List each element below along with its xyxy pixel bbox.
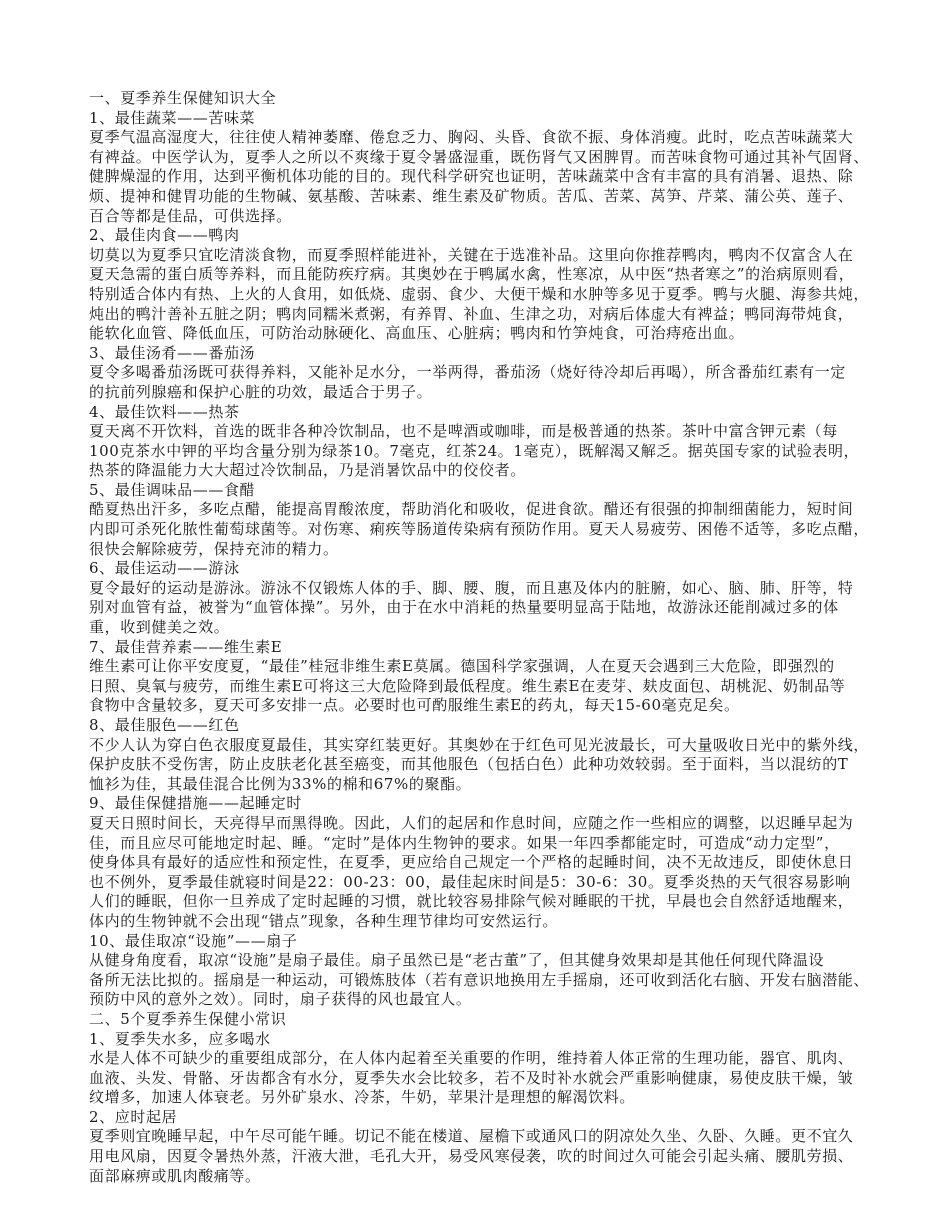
paragraph-line: 使身体具有最好的适应性和预定性，在夏季，更应给自己规定一个严格的起睡时间，决不无… xyxy=(89,853,879,873)
paragraph-line: 酷夏热出汗多，多吃点醋，能提高胃酸浓度，帮助消化和吸收，促进食欲。醋还有很强的抑… xyxy=(89,500,879,520)
paragraph-line: 百合等都是佳品，可供选择。 xyxy=(89,207,879,227)
paragraph-line: 能软化血管、降低血压，可防治动脉硬化、高血压、心脏病；鸭肉和竹笋炖食，可治痔疮出… xyxy=(89,324,879,344)
paragraph-line: 食物中含量较多，夏天可多安排一点。必要时也可酌服维生素E的药丸，每天15-60毫… xyxy=(89,696,879,716)
paragraph-line: 也不例外，夏季最佳就寝时间是22：00-23：00，最佳起床时间是5：30-6：… xyxy=(89,873,879,893)
paragraph-line: 100克茶水中钾的平均含量分别为绿茶10。7毫克，红茶24。1毫克），既解渴又解… xyxy=(89,442,879,462)
paragraph-line: 的抗前列腺癌和保护心脏的功效，最适合于男子。 xyxy=(89,383,879,403)
paragraph: 夏天日照时间长，天亮得早而黑得晚。因此，人们的起居和作息时间，应随之作一些相应的… xyxy=(89,814,879,932)
paragraph-line: 切莫以为夏季只宜吃清淡食物，而夏季照样能进补，关键在于选准补品。这里向你推荐鸭肉… xyxy=(89,246,879,266)
section-heading: 2、最佳肉食——鸭肉 xyxy=(89,226,879,246)
section-heading: 4、最佳饮料——热茶 xyxy=(89,403,879,423)
paragraph-line: 备所无法比拟的。摇扇是一种运动，可锻炼肢体（若有意识地换用左手摇扇，还可收到活化… xyxy=(89,971,879,991)
paragraph: 夏令多喝番茄汤既可获得养料，又能补足水分，一举两得，番茄汤（烧好待冷却后再喝），… xyxy=(89,363,879,402)
paragraph-line: 热茶的降温能力大大超过冷饮制品，乃是消暑饮品中的佼佼者。 xyxy=(89,461,879,481)
paragraph-line: 有裨益。中医学认为，夏季人之所以不爽缘于夏令暑盛湿重，既伤肾气又困脾胃。而苦味食… xyxy=(89,148,879,168)
paragraph-line: 内即可杀死化脓性葡萄球菌等。对伤寒、痢疾等肠道传染病有预防作用。夏天人易疲劳、困… xyxy=(89,520,879,540)
heading-text: 9、最佳保健措施——起睡定时 xyxy=(89,794,879,814)
paragraph-line: 水是人体不可缺少的重要组成部分，在人体内起着至关重要的作明，维持着人体正常的生理… xyxy=(89,1049,879,1069)
section-heading: 5、最佳调味品——食醋 xyxy=(89,481,879,501)
heading-text: 7、最佳营养素——维生素E xyxy=(89,638,879,658)
paragraph-line: 人们的睡眠，但你一旦养成了定时起睡的习惯，就比较容易排除气候对睡眠的干扰，早晨也… xyxy=(89,892,879,912)
paragraph-line: 特别适合体内有热、上火的人食用，如低烧、虚弱、食少、大便干燥和水肿等多见于夏季。… xyxy=(89,285,879,305)
paragraph: 维生素可让你平安度夏，“最佳”桂冠非维生素E莫属。德国科学家强调，人在夏天会遇到… xyxy=(89,657,879,716)
paragraph-line: 体内的生物钟就不会出现“错点”现象，各种生理节律均可安然运行。 xyxy=(89,912,879,932)
paragraph: 酷夏热出汗多，多吃点醋，能提高胃酸浓度，帮助消化和吸收，促进食欲。醋还有很强的抑… xyxy=(89,500,879,559)
paragraph-line: 预防中风的意外之效）。同时，扇子获得的风也最宜人。 xyxy=(89,990,879,1010)
document-page: 一、夏季养生保健知识大全1、最佳蔬菜——苦味菜夏季气温高湿度大，往往使人精神萎靡… xyxy=(89,89,879,1186)
paragraph-line: 夏季则宜晚睡早起，中午尽可能午睡。切记不能在楼道、屋檐下或通风口的阴凉处久坐、久… xyxy=(89,1127,879,1147)
section-heading: 一、夏季养生保健知识大全 xyxy=(89,89,879,109)
paragraph-line: 用电风扇，因夏令暑热外蒸，汗液大泄，毛孔大开，易受风寒侵袭，吹的时间过久可能会引… xyxy=(89,1147,879,1167)
section-heading: 3、最佳汤肴——番茄汤 xyxy=(89,344,879,364)
paragraph-line: 夏令最好的运动是游泳。游泳不仅锻炼人体的手、脚、腰、腹，而且惠及体内的脏腑，如心… xyxy=(89,579,879,599)
heading-text: 2、最佳肉食——鸭肉 xyxy=(89,226,879,246)
paragraph-line: 别对血管有益，被誉为“血管体操”。另外，由于在水中消耗的热量要明显高于陆地，故游… xyxy=(89,598,879,618)
paragraph-line: 纹增多，加速人体衰老。另外矿泉水、冷茶，牛奶，苹果汁是理想的解渴饮料。 xyxy=(89,1088,879,1108)
section-heading: 1、夏季失水多，应多喝水 xyxy=(89,1030,879,1050)
section-heading: 2、应时起居 xyxy=(89,1108,879,1128)
paragraph-line: 夏天离不开饮料，首选的既非各种冷饮制品，也不是啤酒或咖啡，而是极普通的热茶。茶叶… xyxy=(89,422,879,442)
heading-text: 二、5个夏季养生保健小常识 xyxy=(89,1010,879,1030)
paragraph: 夏天离不开饮料，首选的既非各种冷饮制品，也不是啤酒或咖啡，而是极普通的热茶。茶叶… xyxy=(89,422,879,481)
paragraph: 从健身角度看，取凉“设施”是扇子最佳。扇子虽然已是“老古董”了，但其健身效果却是… xyxy=(89,951,879,1010)
paragraph-line: 恤衫为佳，其最佳混合比例为33%的棉和67%的聚酯。 xyxy=(89,775,879,795)
paragraph: 夏季则宜晚睡早起，中午尽可能午睡。切记不能在楼道、屋檐下或通风口的阴凉处久坐、久… xyxy=(89,1127,879,1186)
section-heading: 6、最佳运动——游泳 xyxy=(89,559,879,579)
paragraph-line: 日照、臭氧与疲劳，而维生素E可将这三大危险降到最低程度。维生素E在麦芽、麸皮面包… xyxy=(89,677,879,697)
paragraph-line: 炖出的鸭汁善补五脏之阴；鸭肉同糯米煮粥，有养胃、补血、生津之功，对病后体虚大有裨… xyxy=(89,305,879,325)
paragraph-line: 维生素可让你平安度夏，“最佳”桂冠非维生素E莫属。德国科学家强调，人在夏天会遇到… xyxy=(89,657,879,677)
section-heading: 8、最佳服色——红色 xyxy=(89,716,879,736)
heading-text: 1、夏季失水多，应多喝水 xyxy=(89,1030,879,1050)
paragraph-line: 保护皮肤不受伤害，防止皮肤老化甚至癌变，而其他服色（包括白色）此种功效较弱。至于… xyxy=(89,755,879,775)
paragraph-line: 夏天急需的蛋白质等养料，而且能防疾疗病。其奥妙在于鸭属水禽，性寒凉，从中医“热者… xyxy=(89,265,879,285)
section-heading: 1、最佳蔬菜——苦味菜 xyxy=(89,109,879,129)
heading-text: 1、最佳蔬菜——苦味菜 xyxy=(89,109,879,129)
heading-text: 10、最佳取凉“设施”——扇子 xyxy=(89,932,879,952)
paragraph-line: 不少人认为穿白色衣服度夏最佳，其实穿红装更好。其奥妙在于红色可见光波最长，可大量… xyxy=(89,736,879,756)
heading-text: 2、应时起居 xyxy=(89,1108,879,1128)
heading-text: 8、最佳服色——红色 xyxy=(89,716,879,736)
heading-text: 5、最佳调味品——食醋 xyxy=(89,481,879,501)
paragraph: 夏季气温高湿度大，往往使人精神萎靡、倦怠乏力、胸闷、头昏、食欲不振、身体消瘦。此… xyxy=(89,128,879,226)
paragraph-line: 重，收到健美之效。 xyxy=(89,618,879,638)
paragraph-line: 夏令多喝番茄汤既可获得养料，又能补足水分，一举两得，番茄汤（烧好待冷却后再喝），… xyxy=(89,363,879,383)
section-heading: 9、最佳保健措施——起睡定时 xyxy=(89,794,879,814)
section-heading: 10、最佳取凉“设施”——扇子 xyxy=(89,932,879,952)
section-heading: 二、5个夏季养生保健小常识 xyxy=(89,1010,879,1030)
paragraph-line: 烦、提神和健胃功能的生物碱、氨基酸、苦味素、维生素及矿物质。苦瓜、苦菜、莴笋、芹… xyxy=(89,187,879,207)
paragraph-line: 夏天日照时间长，天亮得早而黑得晚。因此，人们的起居和作息时间，应随之作一些相应的… xyxy=(89,814,879,834)
heading-text: 6、最佳运动——游泳 xyxy=(89,559,879,579)
paragraph-line: 从健身角度看，取凉“设施”是扇子最佳。扇子虽然已是“老古董”了，但其健身效果却是… xyxy=(89,951,879,971)
paragraph-line: 健脾燥湿的作用，达到平衡机体功能的目的。现代科学研究也证明，苦味蔬菜中含有丰富的… xyxy=(89,167,879,187)
paragraph-line: 佳，而且应尽可能地定时起、睡。“定时”是体内生物钟的要求。如果一年四季都能定时，… xyxy=(89,834,879,854)
paragraph-line: 很快会解除疲劳，保持充沛的精力。 xyxy=(89,540,879,560)
paragraph: 切莫以为夏季只宜吃清淡食物，而夏季照样能进补，关键在于选准补品。这里向你推荐鸭肉… xyxy=(89,246,879,344)
paragraph-line: 血液、头发、骨骼、牙齿都含有水分，夏季失水会比较多，若不及时补水就会严重影响健康… xyxy=(89,1069,879,1089)
paragraph: 夏令最好的运动是游泳。游泳不仅锻炼人体的手、脚、腰、腹，而且惠及体内的脏腑，如心… xyxy=(89,579,879,638)
heading-text: 3、最佳汤肴——番茄汤 xyxy=(89,344,879,364)
paragraph: 水是人体不可缺少的重要组成部分，在人体内起着至关重要的作明，维持着人体正常的生理… xyxy=(89,1049,879,1108)
heading-text: 一、夏季养生保健知识大全 xyxy=(89,89,879,109)
heading-text: 4、最佳饮料——热茶 xyxy=(89,403,879,423)
paragraph-line: 面部麻痹或肌肉酸痛等。 xyxy=(89,1167,879,1187)
paragraph: 不少人认为穿白色衣服度夏最佳，其实穿红装更好。其奥妙在于红色可见光波最长，可大量… xyxy=(89,736,879,795)
paragraph-line: 夏季气温高湿度大，往往使人精神萎靡、倦怠乏力、胸闷、头昏、食欲不振、身体消瘦。此… xyxy=(89,128,879,148)
section-heading: 7、最佳营养素——维生素E xyxy=(89,638,879,658)
